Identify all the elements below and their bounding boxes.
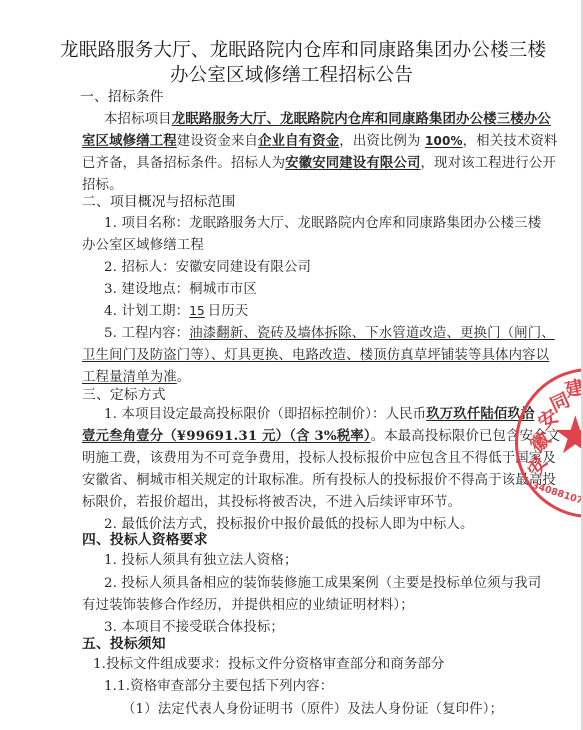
text: ，现对该工程进行公开 [421,156,556,171]
label: 5. 工程内容： [104,326,189,341]
text: 已齐备，具备招标条件。招标人为 [82,156,285,171]
text: ，相关技术资料 [463,134,558,149]
section-4-item-2-cont: 有过装饰装修合作经历，并提供相应的业绩证明材料）； [82,594,414,613]
section-3-item-1-line-4: 安徽省、桐城市相关规定的计取标准。所有投标人的投标报价不得高于该最高投 [82,469,556,488]
section-2-item-5: 5. 工程内容：油漆翻新、瓷砖及墙体拆除、下水管道改造、更换门（闸门、 [104,322,555,341]
tenderer-name: 安徽安同建设有限公司 [285,155,420,171]
text: ，出资比例为 [339,134,425,149]
section-1-para-line-2: 室区域修缮工程建设资金来自企业自有资金，出资比例为 100%，相关技术资料 [82,130,557,149]
label: 4. 计划工期： [104,304,189,319]
funding-ratio: 100% [425,134,463,148]
section-3-heading: 三、定标方式 [82,383,166,403]
section-3-item-1: 1. 本项目设定最高投标限价（即招标控制价）：人民币玖万玖仟陆佰玖拾 [104,403,535,422]
section-3-item-1-line-3: 明施工费，该费用为不可竞争费用，投标人投标报价中应包含且不得低于国家及 [82,447,556,466]
section-2-item-4: 4. 计划工期：15日历天 [104,300,248,319]
work-content: 油漆翻新、瓷砖及墙体拆除、下水管道改造、更换门（闸门、 [189,326,555,341]
label: 1. 本项目设定最高投标限价（即招标控制价）：人民币 [104,407,426,422]
text: 建设资金来自 [177,134,258,149]
fund-source: 企业自有资金 [258,133,339,149]
section-1-para-line-3: 已齐备，具备招标条件。招标人为安徽安同建设有限公司，现对该工程进行公开 [82,152,556,171]
section-5-item-1-1: 1.1.资格审查部分主要包括下列内容： [104,675,333,694]
section-2-item-1-cont: 办公室区域修缮工程 [82,234,204,253]
section-2-heading: 二、项目概况与招标范围 [82,190,235,210]
section-5-item-1-1-1: （1）法定代表人身份证明书（原件）及法人身份证（复印件）； [122,698,503,717]
section-1-heading: 一、招标条件 [80,85,164,105]
price-cap-amount: 壹元叁角壹分（¥99691.31 元）（含 3%税率） [82,428,371,444]
planned-days: 15 [189,304,205,318]
section-4-item-2: 2. 投标人须具备相应的装饰装修施工成果案例（主要是投标单位须与我司 [104,572,541,591]
section-2-item-2: 2. 招标人：安徽安同建设有限公司 [104,256,311,275]
section-4-item-1: 1. 投标人须具有独立法人资格； [104,549,298,568]
section-1-para-line-1: 本招标项目龙眠路服务大厅、龙眠路院内仓库和同康路集团办公楼三楼办公 [104,108,551,127]
section-4-heading: 四、投标人资格要求 [82,528,208,548]
project-name: 龙眠路服务大厅、龙眠路院内仓库和同康路集团办公楼三楼办公 [172,111,551,127]
section-3-item-1-line-2: 壹元叁角壹分（¥99691.31 元）（含 3%税率）。本最高投标限价已包含安全… [82,425,560,444]
section-5-heading: 五、投标须知 [82,632,166,652]
section-2-item-3: 3. 建设地点：桐城市市区 [104,278,257,297]
document-page: 龙眠路服务大厅、龙眠路院内仓库和同康路集团办公楼三楼 办公室区域修缮工程招标公告… [0,0,583,730]
section-3-item-1-line-5: 标限价，若报价超出，其投标将被否决，不进入后续评审环节。 [82,491,461,510]
section-2-item-5-cont: 卫生间门及防盗门等）、灯具更换、电路改造、楼顶仿真草坪铺装等具体内容以 [82,344,549,363]
document-title-line-2: 办公室区域修缮工程招标公告 [60,61,523,87]
text: 本招标项目 [104,112,172,127]
unit: 日历天 [208,304,249,319]
project-name-cont: 室区域修缮工程 [82,133,177,149]
section-5-item-1: 1.投标文件组成要求：投标文件分资格审查部分和商务部分 [93,653,445,672]
period: 。 [177,370,191,385]
document-title-line-1: 龙眠路服务大厅、龙眠路院内仓库和同康路集团办公楼三楼 [60,36,523,62]
section-2-item-1: 1. 项目名称：龙眠路服务大厅、龙眠路院内仓库和同康路集团办公楼三楼 [104,212,541,231]
